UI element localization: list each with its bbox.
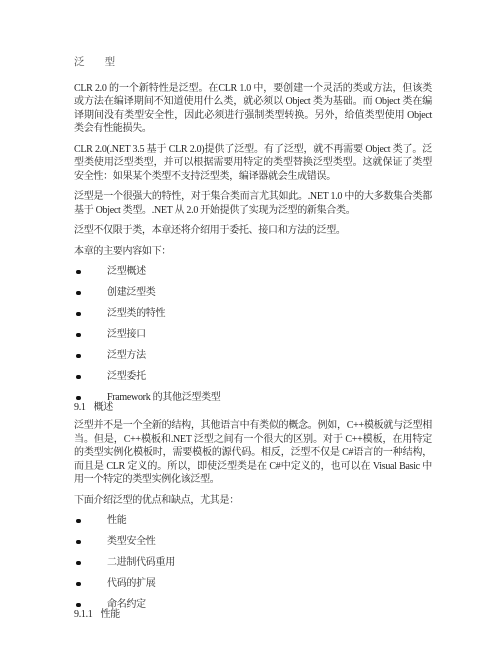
- toc-item: 泛型方法: [74, 349, 432, 363]
- toc-lead-text: 本章的主要内容如下：: [74, 245, 432, 259]
- paragraph-clr-new-feature: CLR 2.0 的一个新特性是泛型。在CLR 1.0 中，要创建一个灵活的类或方…: [74, 82, 432, 136]
- toc-item: 泛型类的特性: [74, 307, 432, 321]
- paragraph-not-only-classes: 泛型不仅限于类，本章还将介绍用于委托、接口和方法的泛型。: [74, 224, 432, 238]
- benefit-item: 代码的扩展: [74, 577, 432, 591]
- benefit-item-label: 类型安全性: [107, 536, 156, 547]
- benefits-lead-text: 下面介绍泛型的优点和缺点，尤其是：: [74, 494, 432, 508]
- toc-item: 泛型概述: [74, 265, 432, 279]
- paragraph-clr20-generics: CLR 2.0(.NET 3.5 基于 CLR 2.0)提供了泛型。有了泛型，就…: [74, 143, 432, 184]
- toc-item: 创建泛型类: [74, 286, 432, 300]
- benefit-item: 命名约定: [74, 598, 432, 612]
- bullet-dot-icon: [76, 519, 81, 524]
- toc-item-label: 泛型接口: [107, 329, 146, 340]
- bullet-dot-icon: [76, 270, 81, 275]
- toc-item-label: 创建泛型类: [107, 287, 156, 298]
- bullet-dot-icon: [76, 540, 81, 545]
- paragraph-collections: 泛型是一个很强大的特性，对于集合类而言尤其如此。.NET 1.0 中的大多数集合…: [74, 190, 432, 217]
- bullet-dot-icon: [76, 312, 81, 317]
- toc-item-label: 泛型概述: [107, 266, 146, 277]
- benefit-item: 性能: [74, 514, 432, 528]
- benefit-item: 类型安全性: [74, 535, 432, 549]
- toc-item: Framework 的其他泛型类型: [74, 391, 432, 405]
- toc-item: 泛型委托: [74, 370, 432, 384]
- bullet-dot-icon: [76, 333, 81, 338]
- toc-list: 泛型概述 创建泛型类 泛型类的特性 泛型接口 泛型方法 泛型委托 Framewo…: [74, 265, 432, 405]
- benefit-item-label: 代码的扩展: [107, 578, 156, 589]
- bullet-dot-icon: [76, 582, 81, 587]
- benefits-list: 性能 类型安全性 二进制代码重用 代码的扩展 命名约定: [74, 514, 432, 612]
- bullet-dot-icon: [76, 603, 81, 608]
- document-page: 泛 型 CLR 2.0 的一个新特性是泛型。在CLR 1.0 中，要创建一个灵活…: [0, 0, 502, 649]
- toc-item-label: 泛型类的特性: [107, 308, 165, 319]
- bullet-dot-icon: [76, 354, 81, 359]
- benefit-item-label: 命名约定: [107, 599, 146, 610]
- toc-item-label: Framework 的其他泛型类型: [107, 392, 221, 403]
- paragraph-templates-comparison: 泛型并不是一个全新的结构，其他语言中有类似的概念。例如，C++模板就与泛型相当。…: [74, 419, 432, 487]
- bullet-dot-icon: [76, 396, 81, 401]
- benefit-item-label: 二进制代码重用: [107, 557, 175, 568]
- bullet-dot-icon: [76, 291, 81, 296]
- toc-item: 泛型接口: [74, 328, 432, 342]
- bullet-dot-icon: [76, 375, 81, 380]
- benefit-item: 二进制代码重用: [74, 556, 432, 570]
- toc-item-label: 泛型委托: [107, 371, 146, 382]
- bullet-dot-icon: [76, 561, 81, 566]
- chapter-title: 泛 型: [74, 56, 432, 70]
- toc-item-label: 泛型方法: [107, 350, 146, 361]
- benefit-item-label: 性能: [107, 515, 126, 526]
